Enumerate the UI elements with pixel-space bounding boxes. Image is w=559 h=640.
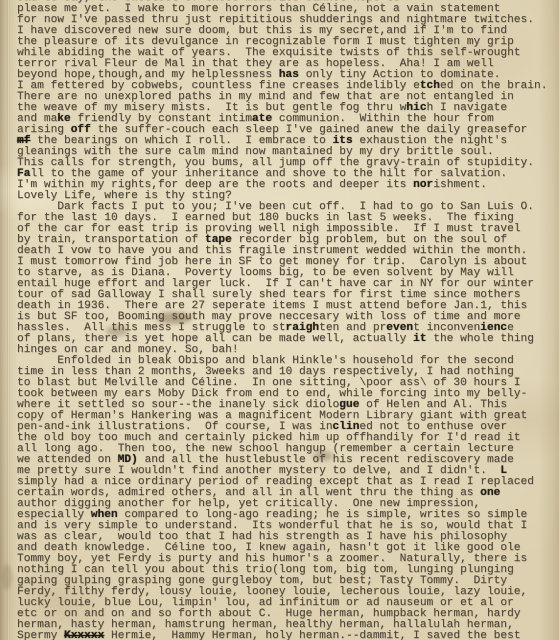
letter-line: I am fettered by cobwebs, countless fine…	[17, 81, 547, 92]
paper-crease	[7, 0, 10, 640]
letter-line: etc or on and on and so forth about C. H…	[17, 609, 547, 620]
letter-line: me pretty sure I wouldn't find another m…	[17, 466, 547, 477]
overstruck-text: hic	[406, 102, 426, 114]
letter-line: copy of Herman's Hankering was a magnifi…	[17, 411, 547, 422]
letter-line: took between my ears Moby Dick from end …	[17, 389, 547, 400]
letter-line: is but SF too, Booming south may prove n…	[17, 312, 547, 323]
ink-smudge	[106, 326, 128, 336]
letter-line: for now I've passed thru just repititiou…	[17, 15, 547, 26]
letter-line: I'm within my rights,for deep are the ro…	[17, 180, 547, 191]
overstruck-text: ate	[252, 113, 272, 125]
letter-line: Lovely Life, where is thy sting?	[17, 191, 547, 202]
overstruck-text: MD)	[118, 454, 138, 466]
overstruck-text: has	[279, 69, 299, 81]
letter-line: entail huge effort and larger luck. If I…	[17, 279, 547, 290]
letter-line: of the car for east trip is proving well…	[17, 224, 547, 235]
overstruck-text: ke	[57, 113, 70, 125]
letter-line: the pleasure of its devulgance in recogn…	[17, 37, 547, 48]
letter-line: tour of sad Galloway I shall surely shed…	[17, 290, 547, 301]
letter-line: Ferdy, filthy ferdy, lousy louie, looney…	[17, 587, 547, 598]
letter-line: hassles. All this mess I struggle to str…	[17, 323, 547, 334]
letter-line: time in less than 2 months, 3weeks and 1…	[17, 367, 547, 378]
letter-line: and make friendly by constant intimate c…	[17, 114, 547, 125]
letter-line: of plans, there is yet hope all can be m…	[17, 334, 547, 345]
letter-line: lucky louie, blue Lou, limpin' lou, ad i…	[17, 598, 547, 609]
letter-line: to blast but Melville and Céline. In one…	[17, 378, 547, 389]
letter-line: certain words, admired others, and all i…	[17, 488, 547, 499]
overstruck-text: L	[500, 465, 507, 477]
letter-line: death I vow to have you and this fragile…	[17, 246, 547, 257]
overstruck-text: when	[91, 509, 118, 521]
overstruck-text: tape	[205, 234, 232, 246]
overstruck-text: Fa	[17, 168, 30, 180]
letter-line: Enfolded in bleak Obispo and blank Hinkl…	[17, 356, 547, 367]
typed-over-text: mf	[17, 135, 30, 147]
letter-line: please me yet. I wake to more horrors th…	[17, 4, 547, 15]
letter-line: where it settled so sour--the inanely si…	[17, 400, 547, 411]
letter-line: we attended on MD) and all the hustlebus…	[17, 455, 547, 466]
letter-body: sad to say, the sweetest of these memori…	[17, 0, 547, 640]
letter-line: mf the bearings on which I roll. I embra…	[17, 136, 547, 147]
letter-line: gaping gulping grasping gone gurgleboy t…	[17, 576, 547, 587]
ink-smudge	[156, 312, 192, 324]
letter-line: Spermy Kxxxxx Hermie, Hammy Herman, holy…	[17, 631, 547, 640]
letter-line: while abiding the wait of years. The exq…	[17, 48, 547, 59]
typed-over-text: Kxxxxx	[64, 630, 104, 640]
letter-line: I must tomorrow find job here in SF to g…	[17, 257, 547, 268]
overstruck-text: raigh	[286, 322, 320, 334]
letter-line: I have discovered new sure doom, but thi…	[17, 26, 547, 37]
letter-line: This calls for strength, you bums, all j…	[17, 158, 547, 169]
letter-line: Tommy boy, yet Ferdy is purty and his hu…	[17, 554, 547, 565]
letter-line: death in 1936. There are 27 seperate ite…	[17, 301, 547, 312]
letter-line: nothing I can tell you about this trio(l…	[17, 565, 547, 576]
letter-line: arising off the suffer-couch each sleep …	[17, 125, 547, 136]
letter-line: for the last 10 days. I earned but 180 b…	[17, 213, 547, 224]
letter-line: to starve, as is Diana. Poverty looms bi…	[17, 268, 547, 279]
letter-line: Dark facts I put to you; I've been cut o…	[17, 202, 547, 213]
letter-line: hinges on car and money. So, bah!	[17, 345, 547, 356]
overstruck-text: ienc	[480, 322, 507, 334]
letter-line: the old boy too much and certainly picke…	[17, 433, 547, 444]
overstruck-text: one	[480, 487, 500, 499]
letter-line: There are no unexplored paths in my mind…	[17, 92, 547, 103]
letter-line: Fall to the game of your inheritance and…	[17, 169, 547, 180]
letter-line: the weave of my misery mists. It is but …	[17, 103, 547, 114]
overstruck-text: nor	[413, 179, 433, 191]
letter-line: beyond hope,though,and my helplessness h…	[17, 70, 547, 81]
letter-line: and is very simple to understand. Its wo…	[17, 521, 547, 532]
letter-line: was as clear, would too that I had his s…	[17, 532, 547, 543]
letter-line: by train, transportation of tape recorde…	[17, 235, 547, 246]
ink-smudge	[313, 451, 333, 461]
overstruck-text: it	[406, 333, 433, 345]
margin-stain	[2, 564, 12, 590]
overstruck-text: tch	[420, 80, 440, 92]
letter-line: all long ago. Then too, the new school h…	[17, 444, 547, 455]
letter-line: gleanings with the sure calm mind now ma…	[17, 147, 547, 158]
overstruck-text: off	[71, 124, 91, 136]
overstruck-text: its	[333, 135, 353, 147]
overstruck-text: gue	[339, 399, 359, 411]
letter-line: pen-and-ink illustrations. Of course, I …	[17, 422, 547, 433]
letter-line: and death knowledge. Céline too, I knew …	[17, 543, 547, 554]
overstruck-text: clin	[333, 421, 360, 433]
letter-line: especially when compared to long-ago rea…	[17, 510, 547, 521]
letter-line: simply had a nice ordinary period of rea…	[17, 477, 547, 488]
